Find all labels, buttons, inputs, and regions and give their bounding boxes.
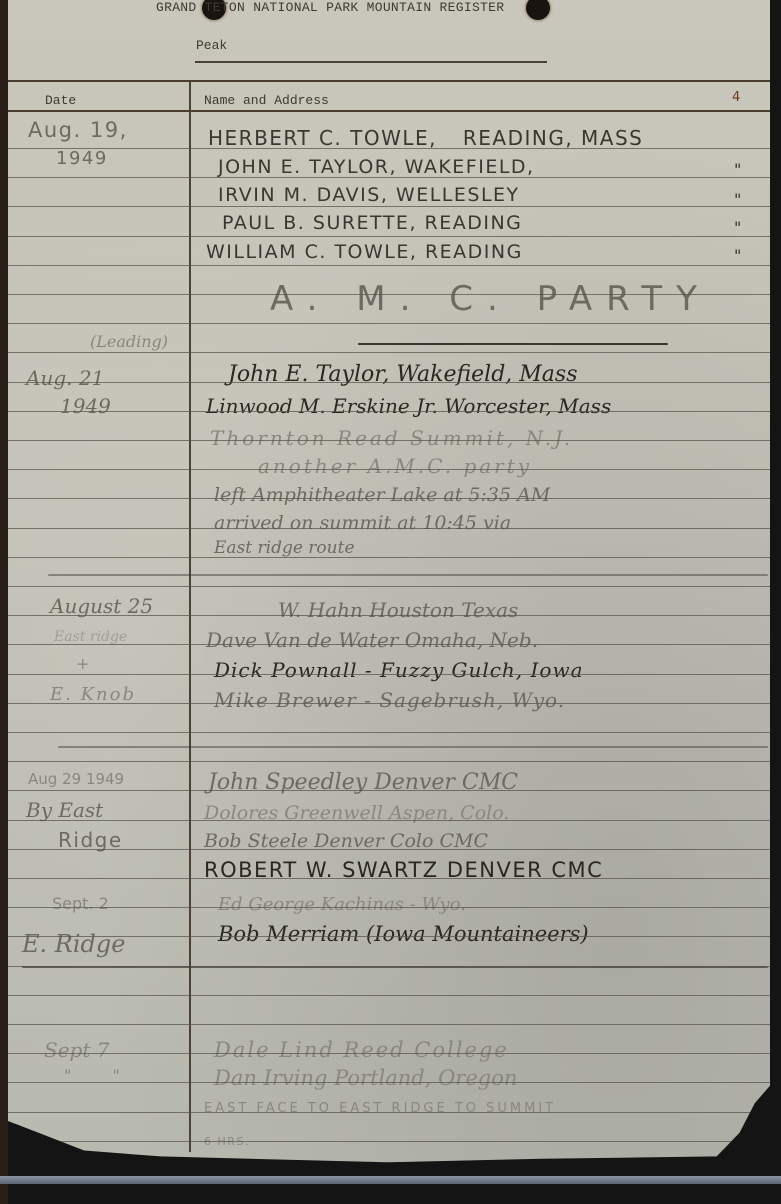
- entry-2-name-3: Thornton Read Summit, N.J.: [210, 428, 573, 448]
- entry-1-name-4: PAUL B. SURETTE, READING: [222, 214, 522, 233]
- entry-3-date-line-1: August 25: [50, 596, 153, 616]
- ruled-line: [8, 323, 770, 324]
- entry-2-name-2: Linwood M. Erskine Jr. Worcester, Mass: [206, 396, 611, 416]
- frame-bottom-bar: [0, 1176, 781, 1184]
- ditto-mark: ": [734, 218, 741, 237]
- ruled-line: [8, 1082, 770, 1083]
- ruled-line: [8, 411, 770, 412]
- entry-2-date-line-3: 1949: [60, 396, 111, 416]
- entry-3-name-2: Dave Van de Water Omaha, Neb.: [206, 630, 538, 650]
- ruled-line: [8, 703, 770, 704]
- register-page: GRAND TETON NATIONAL PARK MOUNTAIN REGIS…: [8, 0, 770, 1180]
- frame-edge: [0, 0, 8, 1204]
- entry-3-name-4: Mike Brewer - Sagebrush, Wyo.: [214, 690, 565, 710]
- entry-1-name-5: WILLIAM C. TOWLE, READING: [206, 243, 523, 262]
- ruled-line: [8, 936, 770, 937]
- entry-1-note: A. M. C. PARTY: [270, 282, 711, 316]
- entry-4-date-line-2: By East: [26, 800, 103, 820]
- register-title: GRAND TETON NATIONAL PARK MOUNTAIN REGIS…: [156, 0, 504, 15]
- entry-2-note-3: arrived on summit at 10:45 via: [214, 514, 511, 533]
- ruled-line: [8, 615, 770, 616]
- peak-field-line: [195, 61, 547, 63]
- header-top-rule: [8, 80, 770, 82]
- ruled-line: [8, 1024, 770, 1025]
- separator-stroke: [58, 746, 768, 748]
- ruled-line: [8, 1141, 770, 1142]
- entry-1-name-1: HERBERT C. TOWLE, READING, MASS: [208, 128, 643, 148]
- ruled-line: [8, 995, 770, 996]
- ruled-line: [8, 966, 770, 967]
- ruled-line: [8, 1112, 770, 1113]
- entry-4-date-line-3: Ridge: [58, 830, 123, 850]
- ruled-line: [8, 177, 770, 178]
- underline-stroke: [358, 343, 668, 345]
- ruled-line: [8, 761, 770, 762]
- ruled-line: [8, 148, 770, 149]
- ruled-line: [8, 849, 770, 850]
- ruled-line: [8, 440, 770, 441]
- peak-label: Peak: [196, 38, 227, 53]
- entry-3-date-line-3: +: [76, 656, 89, 672]
- entry-2-note-4: East ridge route: [214, 540, 355, 557]
- ruled-line: [8, 498, 770, 499]
- entry-6-date-line-1: Sept 7: [44, 1040, 109, 1060]
- ruled-line: [8, 1053, 770, 1054]
- entry-2-note-1: another A.M.C. party: [258, 456, 532, 476]
- entry-3-name-3: Dick Pownall - Fuzzy Gulch, Iowa: [214, 660, 584, 680]
- ruled-line: [8, 557, 770, 558]
- column-divider: [189, 82, 191, 1152]
- ruled-line: [8, 469, 770, 470]
- column-header-date: Date: [45, 93, 76, 108]
- ruled-line: [8, 732, 770, 733]
- ruled-line: [8, 206, 770, 207]
- entry-2-note-2: left Amphitheater Lake at 5:35 AM: [214, 486, 550, 505]
- entry-2-date-line-2: Aug. 21: [26, 368, 104, 388]
- column-header-name-address: Name and Address: [204, 93, 329, 108]
- entry-5-name-1: Ed George Kachinas - Wyo.: [218, 896, 466, 914]
- separator-stroke: [48, 574, 768, 576]
- entry-2-date-line-1: (Leading): [90, 334, 168, 350]
- ruled-line: [8, 820, 770, 821]
- entry-3-date-line-4: E. Knob: [50, 686, 136, 704]
- entry-1-name-2: JOHN E. TAYLOR, WAKEFIELD,: [218, 158, 535, 177]
- ruled-line: [8, 236, 770, 237]
- ruled-line: [8, 352, 770, 353]
- entry-1-date-line-1: Aug. 19,: [28, 120, 128, 141]
- entry-1-name-3: IRVIN M. DAVIS, WELLESLEY: [218, 186, 520, 205]
- ruled-line: [8, 382, 770, 383]
- entry-5-date-line-1: Sept. 2: [52, 896, 109, 912]
- ruled-line: [8, 586, 770, 587]
- ruled-line: [8, 265, 770, 266]
- entry-4-date-line-1: Aug 29 1949: [28, 772, 124, 787]
- ruled-line: [8, 907, 770, 908]
- entry-3-name-1: W. Hahn Houston Texas: [278, 600, 518, 620]
- ruled-line: [8, 674, 770, 675]
- entry-6-note-1: EAST FACE TO EAST RIDGE TO SUMMIT: [204, 1102, 556, 1115]
- entry-3-date-line-2: East ridge: [54, 630, 127, 644]
- entry-6-name-1: Dale Lind Reed College: [214, 1040, 509, 1061]
- ruled-line: [8, 790, 770, 791]
- page-number: 4: [732, 90, 740, 105]
- ruled-line: [8, 294, 770, 295]
- ruled-line: [8, 644, 770, 645]
- header-bottom-rule: [8, 110, 770, 112]
- entry-1-date-line-2: 1949: [56, 150, 108, 168]
- ruled-line: [8, 528, 770, 529]
- entry-6-name-2: Dan Irving Portland, Oregon: [214, 1068, 517, 1089]
- entry-5-name-2: Bob Merriam (Iowa Mountaineers): [218, 924, 589, 945]
- ditto-mark: ": [734, 246, 741, 265]
- ruled-line: [8, 878, 770, 879]
- punch-hole-right: [526, 0, 550, 20]
